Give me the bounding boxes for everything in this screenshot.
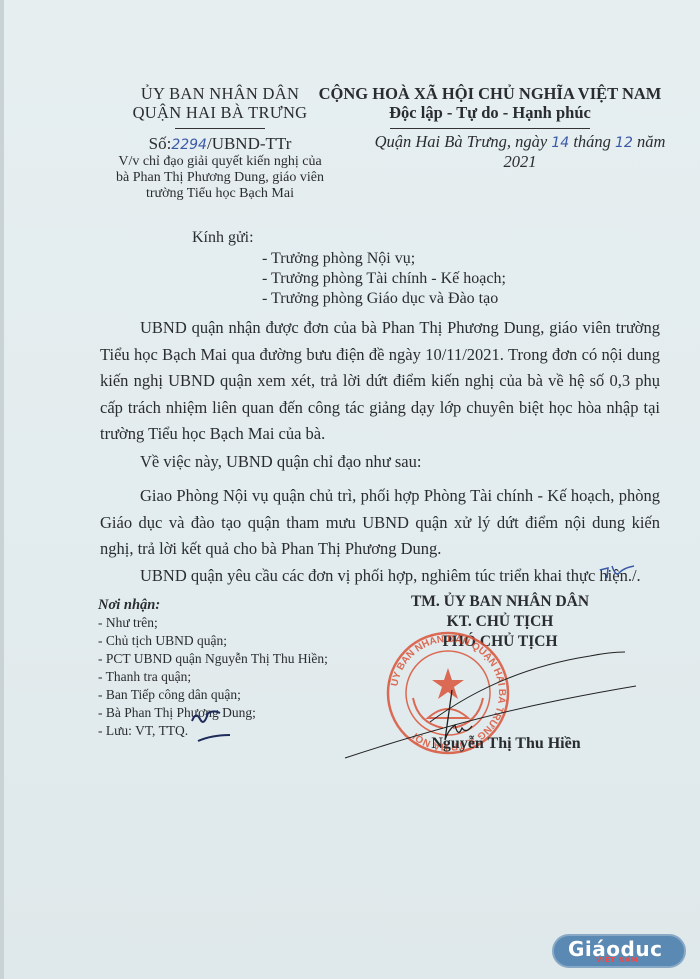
- doc-number-prefix: Số:: [149, 134, 172, 153]
- body-paragraph-4: UBND quận yêu cầu các đơn vị phối hợp, n…: [100, 563, 660, 590]
- body-paragraph-2: Về việc này, UBND quận chỉ đạo như sau:: [100, 449, 660, 476]
- initials-signature-icon: [190, 705, 240, 745]
- distribution-item: - Như trên;: [98, 614, 328, 632]
- addressee-item: - Trưởng phòng Giáo dục và Đào tạo: [262, 289, 506, 309]
- page-edge: [0, 0, 4, 979]
- addressee-list: - Trưởng phòng Nội vụ; - Trưởng phòng Tà…: [262, 249, 506, 309]
- date-month: 12: [615, 135, 633, 151]
- issue-date: Quận Hai Bà Trưng, ngày 14 tháng 12 năm …: [370, 132, 670, 172]
- giaoduc-watermark-logo: Giáoduc VIỆT NAM: [552, 934, 686, 968]
- body-paragraph-1: UBND quận nhận được đơn của bà Phan Thị …: [100, 315, 660, 448]
- distribution-item: - PCT UBND quận Nguyễn Thị Thu Hiền;: [98, 650, 328, 668]
- date-month-label: tháng: [569, 132, 615, 151]
- national-header: CỘNG HOÀ XÃ HỘI CHỦ NGHĨA VIỆT NAM Độc l…: [300, 84, 680, 129]
- national-motto: Độc lập - Tự do - Hạnh phúc: [300, 103, 680, 122]
- body-paragraph-3: Giao Phòng Nội vụ quận chủ trì, phối hợp…: [100, 483, 660, 563]
- logo-sub-text: VIỆT NAM: [596, 956, 638, 964]
- signer-name: Nguyễn Thị Thu Hiền: [396, 735, 616, 753]
- date-day: 14: [551, 135, 569, 151]
- doc-number-handwritten: 2294: [171, 137, 207, 153]
- subject-line: bà Phan Thị Phương Dung, giáo viên: [80, 170, 360, 186]
- distribution-item: - Ban Tiếp công dân quận;: [98, 686, 328, 704]
- signature-line-1: TM. ỦY BAN NHÂN DÂN: [390, 592, 610, 612]
- authority-underline: [175, 128, 265, 129]
- document-number: Số:2294/UBND-TTr: [80, 134, 360, 154]
- distribution-item: - Chủ tịch UBND quận;: [98, 632, 328, 650]
- distribution-title: Nơi nhận:: [98, 596, 328, 614]
- doc-number-suffix: /UBND-TTr: [207, 134, 291, 153]
- addressee-label: Kính gửi:: [192, 229, 254, 247]
- subject-line: trường Tiểu học Bạch Mai: [80, 186, 360, 202]
- subject-line: V/v chỉ đạo giải quyết kiến nghị của: [80, 154, 360, 170]
- document-subject: V/v chỉ đạo giải quyết kiến nghị của bà …: [80, 154, 360, 202]
- addressee-item: - Trưởng phòng Nội vụ;: [262, 249, 506, 269]
- distribution-item: - Thanh tra quận;: [98, 668, 328, 686]
- national-title: CỘNG HOÀ XÃ HỘI CHỦ NGHĨA VIỆT NAM: [300, 84, 680, 103]
- addressee-item: - Trưởng phòng Tài chính - Kế hoạch;: [262, 269, 506, 289]
- motto-underline: [390, 128, 590, 129]
- initial-mark-icon: [598, 562, 638, 582]
- date-prefix: Quận Hai Bà Trưng, ngày: [375, 132, 552, 151]
